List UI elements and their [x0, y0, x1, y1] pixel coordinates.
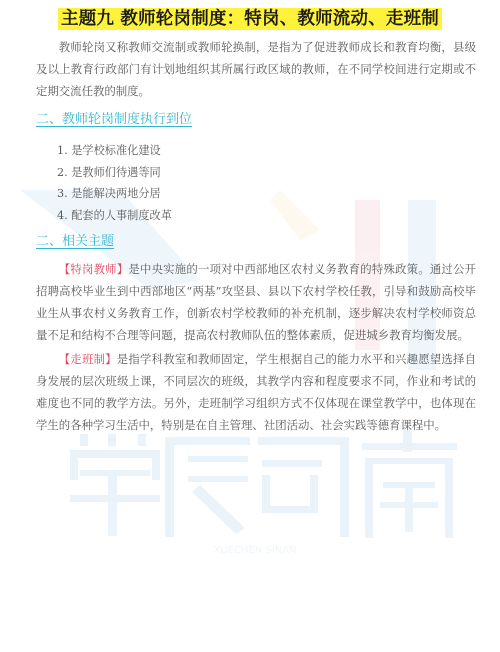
section-heading-implementation: 二、教师轮岗制度执行到位 — [36, 110, 192, 130]
special-post-teacher-paragraph: 【特岗教师】是中央实施的一项对中西部地区农村义务教育的特殊政策。通过公开招聘高校… — [36, 258, 476, 346]
title-container: 主题九 教师轮岗制度：特岗、教师流动、走班制 — [0, 8, 500, 30]
page-title: 主题九 教师轮岗制度：特岗、教师流动、走班制 — [58, 8, 442, 30]
term-class-rotation: 【走班制】 — [59, 352, 117, 366]
svg-text:XUECHEN SINAN: XUECHEN SINAN — [213, 545, 296, 556]
list-item: 3. 是能解决两地分居 — [57, 183, 172, 205]
class-rotation-paragraph: 【走班制】是指学科教室和教师固定，学生根据自己的能力水平和兴趣愿望选择自身发展的… — [36, 348, 476, 436]
intro-paragraph: 教师轮岗又称教师交流制或教师轮换制，是指为了促进教师成长和教育均衡，县级及以上教… — [36, 36, 476, 102]
list-item: 2. 是教师们待遇等同 — [57, 162, 172, 184]
list-item: 4. 配套的人事制度改革 — [57, 205, 172, 227]
section-heading-related-topics: 二、相关主题 — [36, 232, 114, 252]
implementation-list: 1. 是学校标准化建设 2. 是教师们待遇等同 3. 是能解决两地分居 4. 配… — [57, 140, 172, 226]
term-special-post-teacher: 【特岗教师】 — [59, 262, 129, 276]
list-item: 1. 是学校标准化建设 — [57, 140, 172, 162]
